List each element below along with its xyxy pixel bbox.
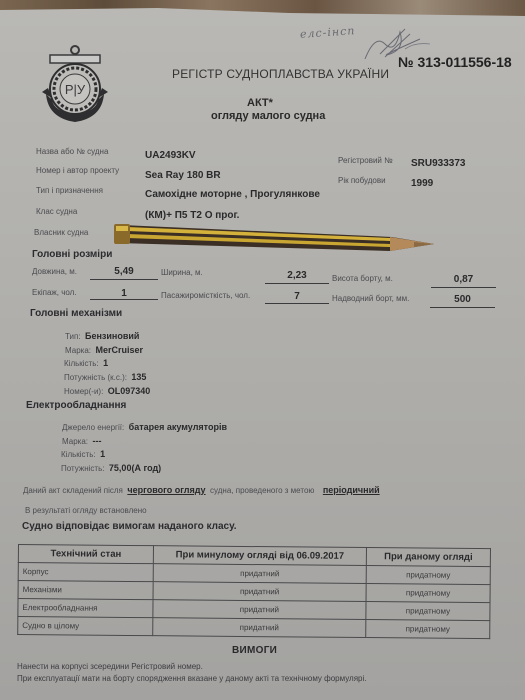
result-statement: Судно відповідає вимогам наданого класу. (22, 521, 237, 532)
electrical-section-title: Електрообладнання (26, 400, 126, 411)
registry-number-label: Регістровий № (338, 156, 393, 165)
height-underline (431, 287, 496, 288)
row-label: Судно в цілому (18, 617, 153, 636)
height-label: Висота борту, м. (332, 274, 393, 283)
crew-value: 1 (90, 288, 158, 299)
document-sheet: Р|У елс-інсп № 313-011556-18 РЕГІСТР СУД… (0, 4, 525, 700)
passengers-underline (265, 303, 329, 304)
row-label: Електрообладнання (18, 599, 153, 618)
registry-number-value: SRU933373 (411, 158, 465, 169)
col-header-state: Технічний стан (18, 545, 153, 564)
electrical-power-value: 75,00(А год) (109, 463, 161, 473)
length-underline (90, 279, 158, 280)
length-value: 5,49 (90, 266, 158, 277)
passengers-label: Пасажиромісткість, чол. (161, 291, 250, 300)
row-previous: придатний (153, 582, 366, 602)
width-value: 2,23 (265, 270, 329, 281)
col-header-current: При даному огляді (366, 548, 490, 567)
result-intro: В результаті огляду встановлено (25, 506, 147, 515)
passengers-value: 7 (265, 291, 329, 302)
type-label: Тип і призначення (36, 186, 103, 195)
pencil-object-icon (112, 219, 434, 255)
row-current: придатному (366, 584, 490, 603)
document-number: № 313-011556-18 (398, 54, 512, 70)
requirements-title: ВИМОГИ (232, 645, 277, 656)
col-header-previous: При минулому огляді від 06.09.2017 (153, 546, 366, 566)
power-source-value: батарея акумуляторів (129, 422, 227, 432)
engine-number-value: OL097340 (108, 386, 151, 396)
electrical-power-row: Потужність: 75,00(А год) (61, 458, 161, 476)
vessel-name-label: Назва або № судна (36, 147, 108, 156)
row-previous: придатний (153, 618, 366, 638)
engine-number-row: Номер(-и): OL097340 (64, 381, 150, 399)
requirement-item: Нанести на корпусі зсередини Регістровий… (17, 662, 203, 671)
crew-label: Екіпаж, чол. (32, 288, 77, 297)
survey-purpose: періодичний (323, 485, 380, 495)
survey-sentence-prefix: Даний акт складений після (23, 486, 123, 495)
length-label: Довжина, м. (32, 267, 77, 276)
act-subtitle: огляду малого судна (211, 110, 325, 122)
table-row: Судно в цілому придатний придатному (18, 617, 490, 639)
survey-sentence-middle: судна, проведеного з метою (210, 486, 314, 495)
row-previous: придатний (153, 564, 366, 584)
width-underline (265, 283, 329, 284)
organization-name: РЕГІСТР СУДНОПЛАВСТВА УКРАЇНИ (172, 67, 389, 81)
vessel-name-value: UA2493KV (145, 150, 196, 161)
class-label: Клас судна (36, 207, 77, 216)
width-label: Ширина, м. (161, 268, 203, 277)
act-title: АКТ* (247, 97, 273, 109)
freeboard-underline (430, 307, 495, 308)
technical-state-table: Технічний стан При минулому огляді від 0… (17, 544, 491, 639)
requirement-item: При експлуатації мати на борту споряджен… (17, 674, 366, 683)
electrical-power-label: Потужність: (61, 464, 104, 473)
row-previous: придатний (153, 600, 366, 620)
row-current: придатному (366, 566, 490, 585)
row-label: Корпус (18, 563, 153, 582)
register-anchor-logo-icon: Р|У (40, 42, 110, 126)
engine-number-label: Номер(-и): (64, 387, 103, 396)
project-value: Sea Ray 180 BR (145, 170, 221, 181)
build-year-value: 1999 (411, 178, 433, 189)
svg-text:Р|У: Р|У (65, 82, 86, 97)
build-year-label: Рік побудови (338, 176, 386, 185)
dimensions-section-title: Головні розміри (32, 249, 112, 260)
project-label: Номер і автор проекту (36, 166, 119, 175)
owner-label: Власник судна (34, 228, 88, 237)
row-current: придатному (366, 602, 490, 621)
survey-sentence: Даний акт складений після чергового огля… (23, 480, 380, 498)
type-value: Самохідне моторне , Прогулянкове (145, 189, 320, 200)
freeboard-value: 500 (430, 294, 495, 305)
freeboard-label: Надводний борт, мм. (332, 294, 409, 303)
crew-underline (90, 299, 158, 300)
handwritten-note: елс-інсп (300, 24, 356, 41)
survey-type: чергового огляду (127, 485, 205, 495)
row-current: придатному (366, 620, 490, 639)
engines-section-title: Головні механізми (30, 308, 122, 319)
height-value: 0,87 (431, 274, 496, 285)
row-label: Механізми (18, 581, 153, 600)
